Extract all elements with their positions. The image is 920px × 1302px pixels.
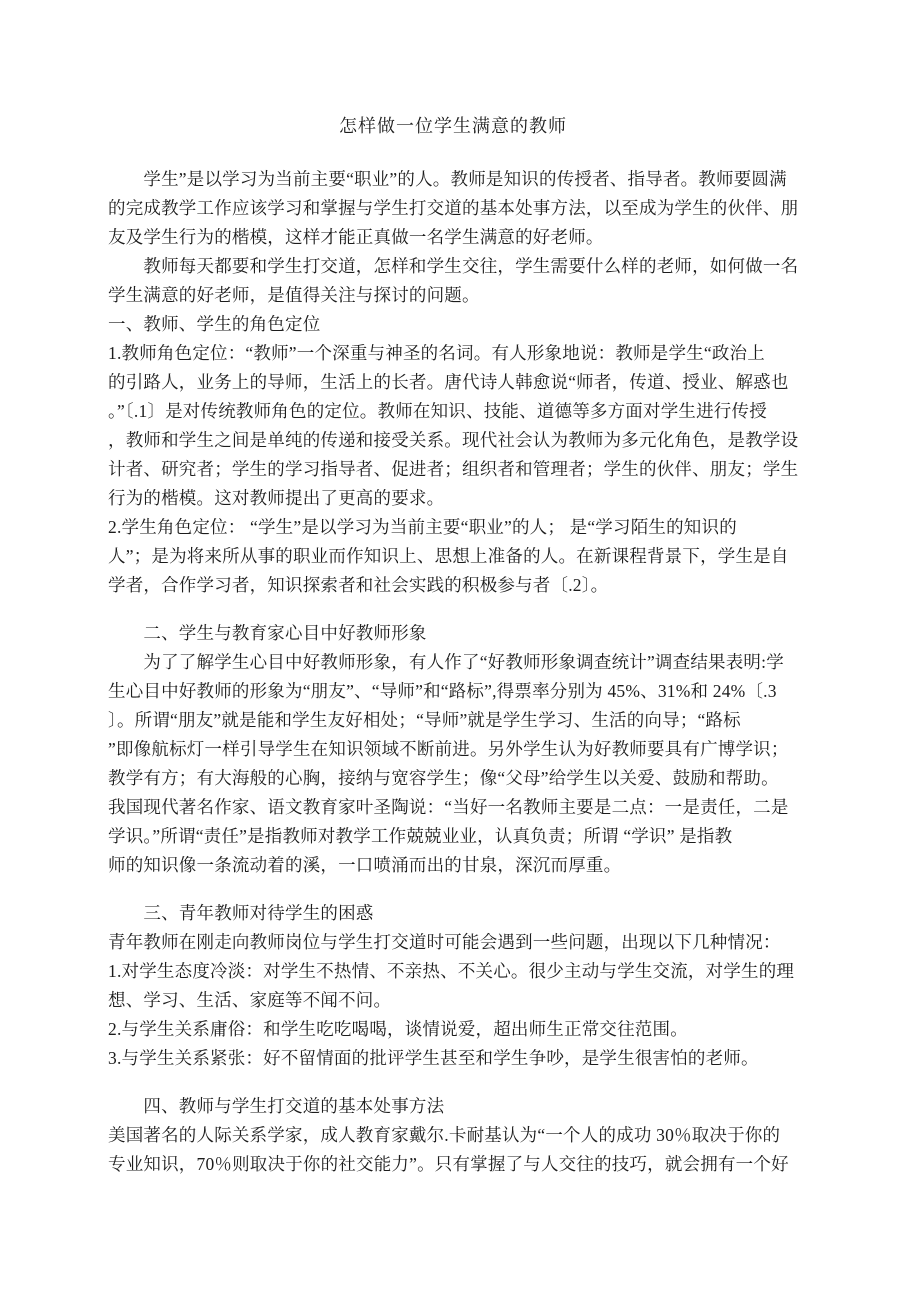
text-line: 生心目中好教师的形象为“朋友”、“导师”和“路标”,得票率分别为 45%、31%… <box>108 677 868 706</box>
section-heading: 二、学生与教育家心目中好教师形象 <box>108 619 868 648</box>
section-heading: 四、教师与学生打交道的基本处事方法 <box>108 1092 868 1121</box>
document-title: 怎样做一位学生满意的教师 <box>108 112 798 141</box>
text-line: 美国著名的人际关系学家，成人教育家戴尔.卡耐基认为“一个人的成功 30％取决于你… <box>108 1121 868 1150</box>
text-line: 为了了解学生心目中好教师形象，有人作了“好教师形象调查统计”调查结果表明:学 <box>108 648 868 677</box>
text-line: ，教师和学生之间是单纯的传递和接受关系。现代社会认为教师为多元化角色，是教学设 <box>108 426 868 455</box>
text-line: 1.教师角色定位：“教师”一个深重与神圣的名词。有人形象地说：教师是学生“政治上 <box>108 339 868 368</box>
text-line: 计者、研究者；学生的学习指导者、促进者；组织者和管理者；学生的伙伴、朋友；学生 <box>108 455 868 484</box>
text-line: 〕。所谓“朋友”就是能和学生友好相处；“导师”就是学生学习、生活的向导；“路标 <box>108 706 868 735</box>
section-heading: 三、青年教师对待学生的困惑 <box>108 899 868 928</box>
section-heading: 一、教师、学生的角色定位 <box>108 310 868 339</box>
text-line: 教师每天都要和学生打交道，怎样和学生交往，学生需要什么样的老师，如何做一名 <box>108 252 868 281</box>
text-line: 专业知识，70％则取决于你的社交能力”。只有掌握了与人交往的技巧，就会拥有一个好 <box>108 1150 868 1179</box>
text-line: 的引路人，业务上的导师，生活上的长者。唐代诗人韩愈说“师者，传道、授业、解惑也 <box>108 368 868 397</box>
text-line: 师的知识像一条流动着的溪，一口喷涌而出的甘泉，深沉而厚重。 <box>108 851 868 880</box>
blank-line <box>108 1073 868 1092</box>
text-line: 人”；是为将来所从事的职业而作知识上、思想上准备的人。在新课程背景下，学生是自 <box>108 542 868 571</box>
text-line: 的完成教学工作应该学习和掌握与学生打交道的基本处事方法，以至成为学生的伙伴、朋 <box>108 194 868 223</box>
text-line: 教学有方；有大海般的心胸，接纳与宽容学生；像“父母”给学生以关爱、鼓励和帮助。 <box>108 764 868 793</box>
text-line: 行为的楷模。这对教师提出了更高的要求。 <box>108 484 868 513</box>
text-line: 学者，合作学习者，知识探索者和社会实践的积极参与者〔.2〕。 <box>108 571 868 600</box>
document-page: 怎样做一位学生满意的教师 学生”是以学习为当前主要“职业”的人。教师是知识的传授… <box>0 0 920 1302</box>
text-line: 2.学生角色定位： “学生”是以学习为当前主要“职业”的人； 是“学习陌生的知识… <box>108 513 868 542</box>
text-line: 学识。”所谓“责任”是指教师对教学工作兢兢业业，认真负责；所谓 “学识” 是指教 <box>108 822 868 851</box>
text-line: 3.与学生关系紧张：好不留情面的批评学生甚至和学生争吵，是学生很害怕的老师。 <box>108 1044 868 1073</box>
text-line: 学生满意的好老师，是值得关注与探讨的问题。 <box>108 281 868 310</box>
blank-line <box>108 880 868 899</box>
text-line: 想、学习、生活、家庭等不闻不问。 <box>108 986 868 1015</box>
text-line: 友及学生行为的楷模，这样才能正真做一名学生满意的好老师。 <box>108 223 868 252</box>
text-line: 我国现代著名作家、语文教育家叶圣陶说：“当好一名教师主要是二点：一是责任，二是 <box>108 793 868 822</box>
text-line: ”即像航标灯一样引导学生在知识领域不断前进。另外学生认为好教师要具有广博学识； <box>108 735 868 764</box>
text-line: 。”〔.1〕是对传统教师角色的定位。教师在知识、技能、道德等多方面对学生进行传授 <box>108 397 868 426</box>
document-body: 学生”是以学习为当前主要“职业”的人。教师是知识的传授者、指导者。教师要圆满的完… <box>108 165 868 1179</box>
text-line: 1.对学生态度冷淡：对学生不热情、不亲热、不关心。很少主动与学生交流，对学生的理 <box>108 957 868 986</box>
text-line: 2.与学生关系庸俗：和学生吃吃喝喝，谈情说爱，超出师生正常交往范围。 <box>108 1015 868 1044</box>
text-line: 学生”是以学习为当前主要“职业”的人。教师是知识的传授者、指导者。教师要圆满 <box>108 165 868 194</box>
blank-line <box>108 600 868 619</box>
text-line: 青年教师在刚走向教师岗位与学生打交道时可能会遇到一些问题，出现以下几种情况： <box>108 928 868 957</box>
